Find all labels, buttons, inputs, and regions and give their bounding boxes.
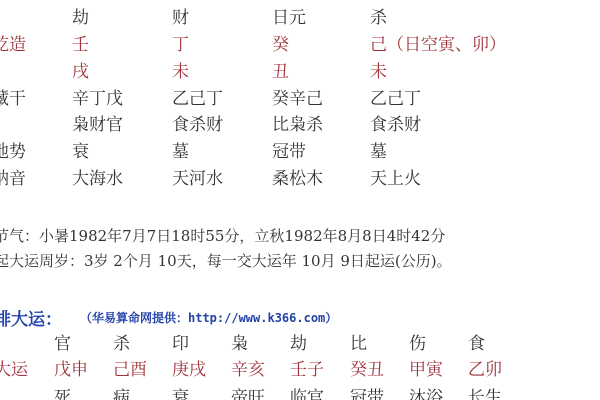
header-sha: 杀	[370, 8, 387, 28]
row-label: 乾造	[0, 35, 26, 55]
shishen-cell: 比枭杀	[272, 115, 323, 135]
shishen-item: 伤	[409, 334, 426, 354]
nayin-cell: 天河水	[172, 169, 223, 189]
shishen-cell: 枭财官	[72, 115, 123, 135]
nayin-cell: 大海水	[72, 169, 123, 189]
source-credit: （华易算命网提供：http://www.k366.com）	[80, 309, 337, 326]
ganzhi-item: 庚戌	[172, 360, 206, 380]
zhi-cell: 未	[172, 62, 189, 82]
changsheng-item: 长生	[468, 388, 502, 400]
shishen-item: 比	[350, 334, 367, 354]
gan-cell: 壬	[72, 35, 89, 55]
zhi-cell: 戌	[72, 62, 89, 82]
canggan-cell: 乙己丁	[172, 89, 223, 109]
qiyun-text: 起大运周岁：3岁 2个月 10天，每一交大运年 10月 9日起运(公历)。	[0, 250, 452, 271]
canggan-cell: 辛丁戊	[72, 89, 123, 109]
canggan-cell: 乙己丁	[370, 89, 421, 109]
row-label: 藏干	[0, 89, 26, 109]
changsheng-item: 临官	[290, 388, 324, 400]
dishi-cell: 衰	[72, 142, 89, 162]
changsheng-item: 帝旺	[231, 388, 265, 400]
dishi-cell: 墓	[172, 142, 189, 162]
row-label: 纳音	[0, 169, 26, 189]
gan-cell: 丁	[172, 35, 189, 55]
dishi-cell: 墓	[370, 142, 387, 162]
shishen-item: 枭	[231, 334, 248, 354]
header-cai: 财	[172, 8, 189, 28]
shishen-item: 食	[468, 334, 485, 354]
nayin-cell: 天上火	[370, 169, 421, 189]
shishen-item: 杀	[113, 334, 130, 354]
changsheng-item: 冠带	[350, 388, 384, 400]
ganzhi-item: 辛亥	[231, 360, 265, 380]
shishen-item: 印	[172, 334, 189, 354]
ganzhi-item: 壬子	[290, 360, 324, 380]
changsheng-item: 沐浴	[409, 388, 443, 400]
gan-cell: 癸	[272, 35, 289, 55]
ganzhi-item: 甲寅	[409, 360, 443, 380]
header-jie: 劫	[72, 8, 89, 28]
shishen-item: 官	[54, 334, 71, 354]
dayun-title: 排大运：	[0, 305, 62, 330]
changsheng-item: 衰	[172, 388, 189, 400]
zhi-cell: 未	[370, 62, 387, 82]
shishen-item: 劫	[290, 334, 307, 354]
zhi-cell: 丑	[272, 62, 289, 82]
canggan-cell: 癸辛己	[272, 89, 323, 109]
header-riyuan: 日元	[272, 8, 306, 28]
shishen-cell: 食杀财	[370, 115, 421, 135]
jieqi-text: 节气：小暑1982年7月7日18时55分，立秋1982年8月8日4时42分	[0, 225, 445, 246]
gan-cell: 己（日空寅、卯）	[370, 35, 506, 55]
row-label: 地势	[0, 142, 26, 162]
ganzhi-item: 己酉	[113, 360, 147, 380]
dayun-label: 大运	[0, 360, 28, 380]
ganzhi-item: 乙卯	[468, 360, 502, 380]
nayin-cell: 桑松木	[272, 169, 323, 189]
ganzhi-item: 戊申	[54, 360, 88, 380]
ganzhi-item: 癸丑	[350, 360, 384, 380]
shishen-cell: 食杀财	[172, 115, 223, 135]
dishi-cell: 冠带	[272, 142, 306, 162]
changsheng-item: 死	[54, 388, 71, 400]
changsheng-item: 病	[113, 388, 130, 400]
